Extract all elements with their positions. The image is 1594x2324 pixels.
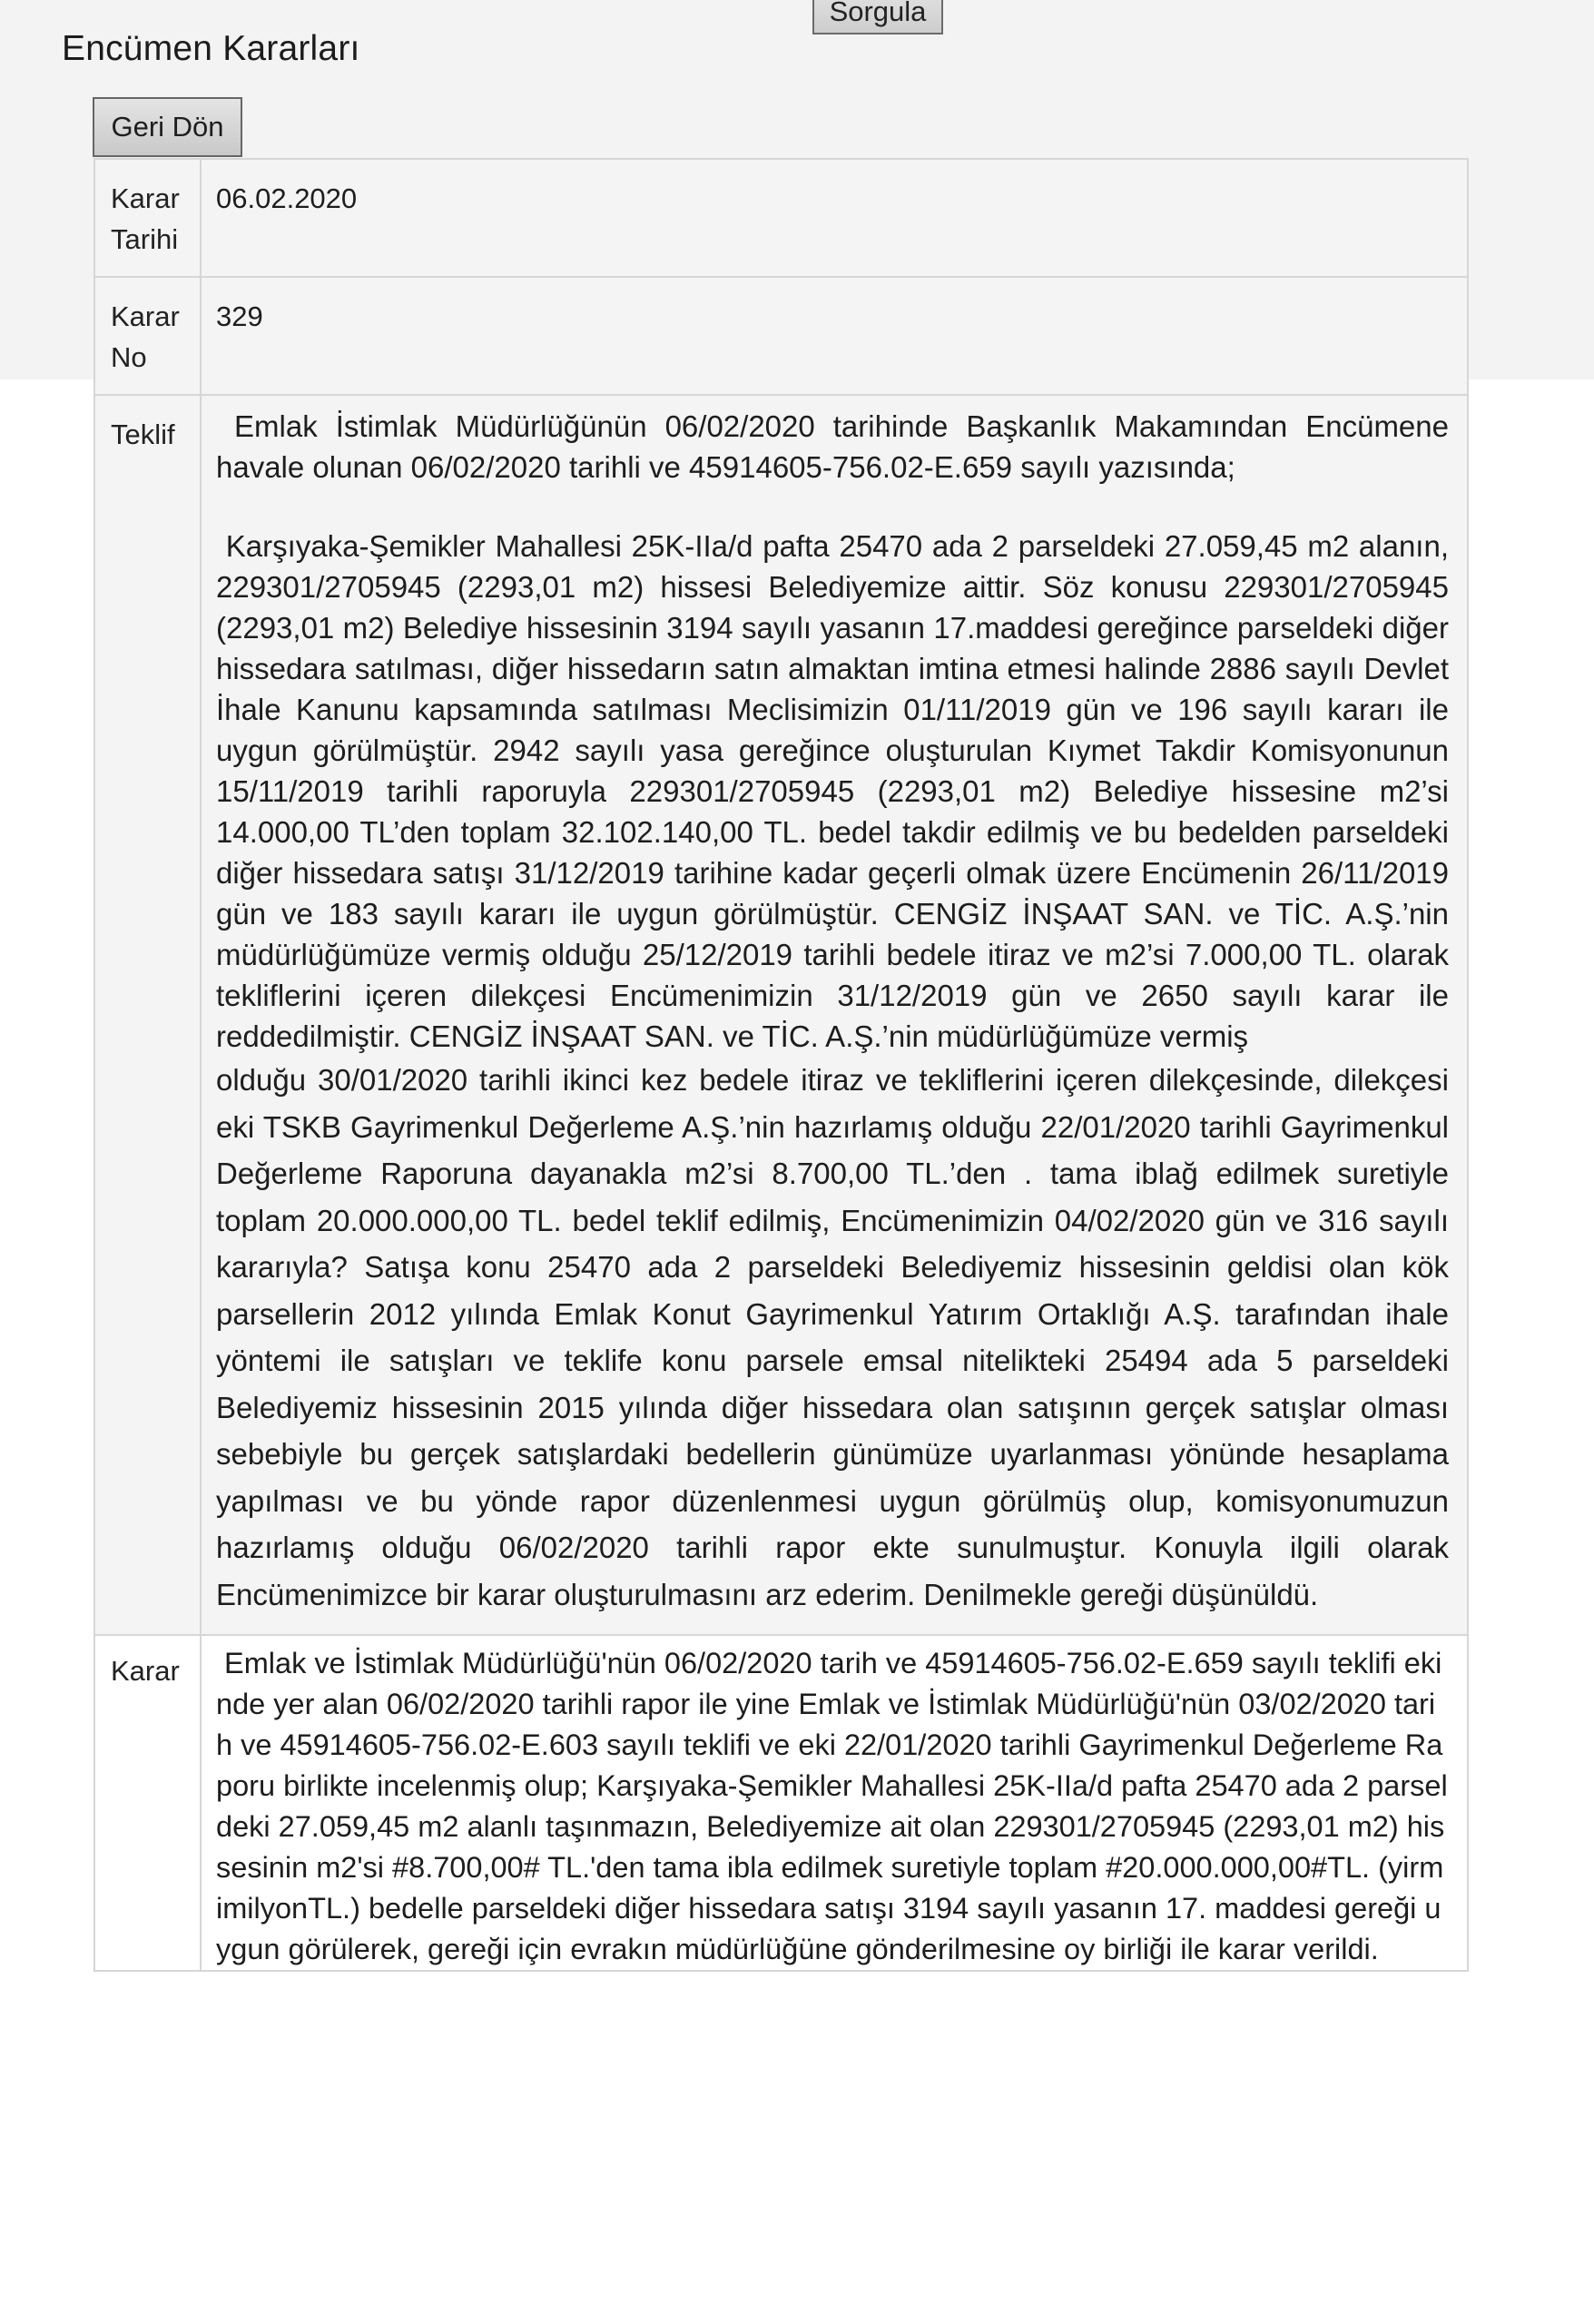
decision-detail-table: Karar Tarihi 06.02.2020 Karar No 329 Tek… xyxy=(93,158,1469,1972)
row-decision-date: Karar Tarihi 06.02.2020 xyxy=(94,159,1468,277)
decision-number-value: 329 xyxy=(201,277,1468,395)
row-proposal: Teklif Emlak İstimlak Müdürlüğünün 06/02… xyxy=(94,395,1468,1635)
paragraph-gap xyxy=(216,487,1449,526)
query-button[interactable]: Sorgula xyxy=(812,0,943,34)
back-button[interactable]: Geri Dön xyxy=(93,97,242,157)
row-decision: Karar Emlak ve İstimlak Müdürlüğü'nün 06… xyxy=(94,1635,1468,1971)
decision-number-label: Karar No xyxy=(94,277,201,395)
decision-date-value: 06.02.2020 xyxy=(201,159,1468,277)
proposal-text: Emlak İstimlak Müdürlüğünün 06/02/2020 t… xyxy=(201,395,1468,1635)
decision-text: Emlak ve İstimlak Müdürlüğü'nün 06/02/20… xyxy=(201,1635,1468,1971)
decision-label: Karar xyxy=(94,1635,201,1971)
proposal-label: Teklif xyxy=(94,395,201,1635)
decision-date-label: Karar Tarihi xyxy=(94,159,201,277)
page-title: Encümen Kararları xyxy=(62,29,360,69)
proposal-intro: Emlak İstimlak Müdürlüğünün 06/02/2020 t… xyxy=(216,406,1449,487)
proposal-body-part-2: olduğu 30/01/2020 tarihli ikinci kez bed… xyxy=(216,1057,1449,1618)
row-decision-number: Karar No 329 xyxy=(94,277,1468,395)
proposal-body-part-1: Karşıyaka-Şemikler Mahallesi 25K-IIa/d p… xyxy=(216,526,1449,1057)
